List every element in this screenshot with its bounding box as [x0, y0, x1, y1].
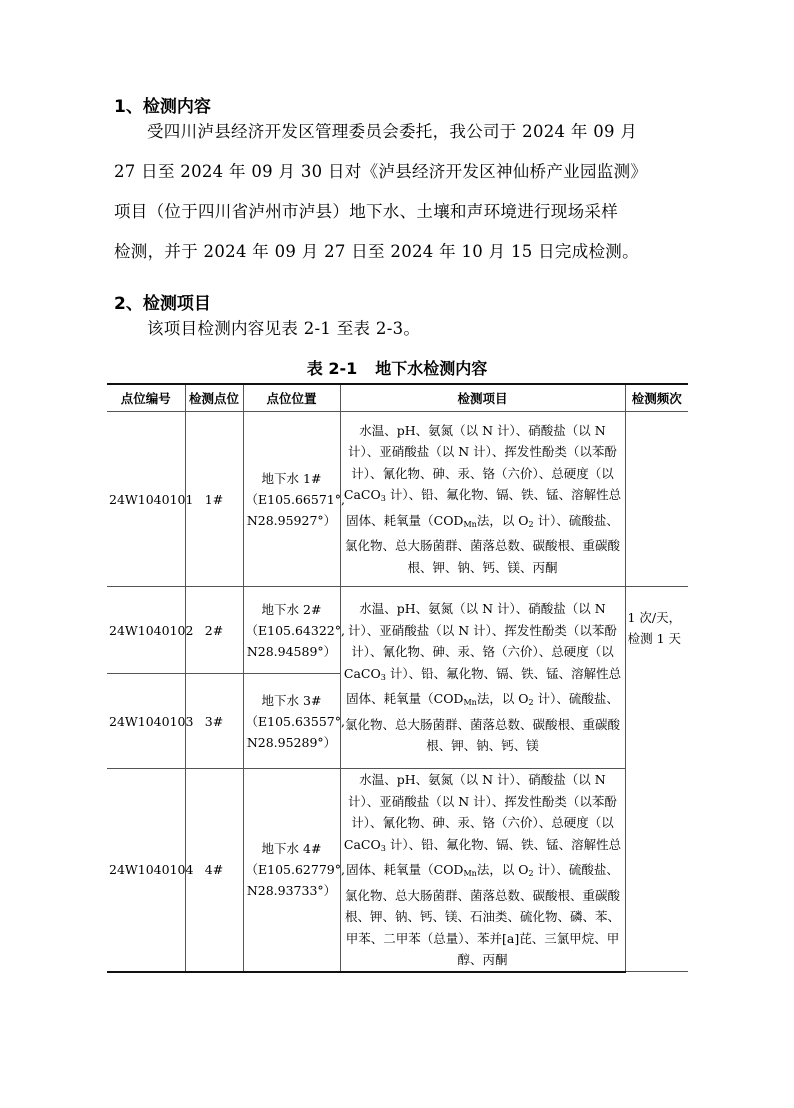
detection-point: 1#: [185, 412, 243, 587]
detection-point: 2#: [185, 587, 243, 674]
detection-items: 水温、pH、氨氮（以 N 计）、硝酸盐（以 N 计）、亚硝酸盐（以 N 计）、挥…: [340, 412, 625, 587]
table-header-row: 点位编号 检测点位 点位位置 检测项目 检测频次: [107, 384, 688, 412]
document-page: 1、检测内容 受四川泸县经济开发区管理委员会委托，我公司于 2024 年 09 …: [0, 0, 794, 1108]
detection-items: 水温、pH、氨氮（以 N 计）、硝酸盐（以 N 计）、亚硝酸盐（以 N 计）、挥…: [340, 769, 625, 972]
detection-point: 4#: [185, 769, 243, 972]
detection-point: 3#: [185, 674, 243, 769]
header-frequency: 检测频次: [625, 384, 688, 412]
section1-paragraph: 受四川泸县经济开发区管理委员会委托，我公司于 2024 年 09 月 27 日至…: [114, 112, 688, 272]
table-row: 24W1040102 2# 地下水 2# （E105.64322°, N28.9…: [107, 587, 688, 674]
point-code: 24W1040101: [107, 412, 185, 587]
paragraph-line: 项目（位于四川省泸州市泸县）地下水、土壤和声环境进行现场采样: [114, 192, 688, 232]
point-code: 24W1040102: [107, 587, 185, 674]
table-row: 24W1040104 4# 地下水 4# （E105.62779°, N28.9…: [107, 769, 688, 972]
table-number: 表 2-1: [307, 359, 357, 378]
table-row: 24W1040101 1# 地下水 1# （E105.66571°, N28.9…: [107, 412, 688, 587]
table-title: 地下水检测内容: [375, 359, 487, 378]
section2-paragraph: 该项目检测内容见表 2-1 至表 2-3。: [114, 309, 688, 349]
header-detection-point: 检测点位: [185, 384, 243, 412]
point-location: 地下水 2# （E105.64322°, N28.94589°）: [243, 587, 340, 674]
frequency-cell: 1 次/天， 检测 1 天: [625, 587, 688, 972]
point-location: 地下水 1# （E105.66571°, N28.95927°）: [243, 412, 340, 587]
paragraph-line: 检测，并于 2024 年 09 月 27 日至 2024 年 10 月 15 日…: [114, 232, 688, 272]
point-code: 24W1040104: [107, 769, 185, 972]
table-caption: 表 2-1地下水检测内容: [0, 356, 794, 379]
groundwater-detection-table: 点位编号 检测点位 点位位置 检测项目 检测频次 24W1040101 1# 地…: [107, 383, 688, 973]
paragraph-line: 27 日至 2024 年 09 月 30 日对《泸县经济开发区神仙桥产业园监测》: [114, 152, 688, 192]
point-location: 地下水 4# （E105.62779°, N28.93733°）: [243, 769, 340, 972]
header-detection-items: 检测项目: [340, 384, 625, 412]
paragraph-line: 受四川泸县经济开发区管理委员会委托，我公司于 2024 年 09 月: [114, 112, 688, 152]
point-location: 地下水 3# （E105.63557°, N28.95289°）: [243, 674, 340, 769]
point-code: 24W1040103: [107, 674, 185, 769]
detection-items: 水温、pH、氨氮（以 N 计）、硝酸盐（以 N 计）、亚硝酸盐（以 N 计）、挥…: [340, 587, 625, 769]
frequency-cell-empty: [625, 412, 688, 587]
header-point-code: 点位编号: [107, 384, 185, 412]
header-point-location: 点位位置: [243, 384, 340, 412]
